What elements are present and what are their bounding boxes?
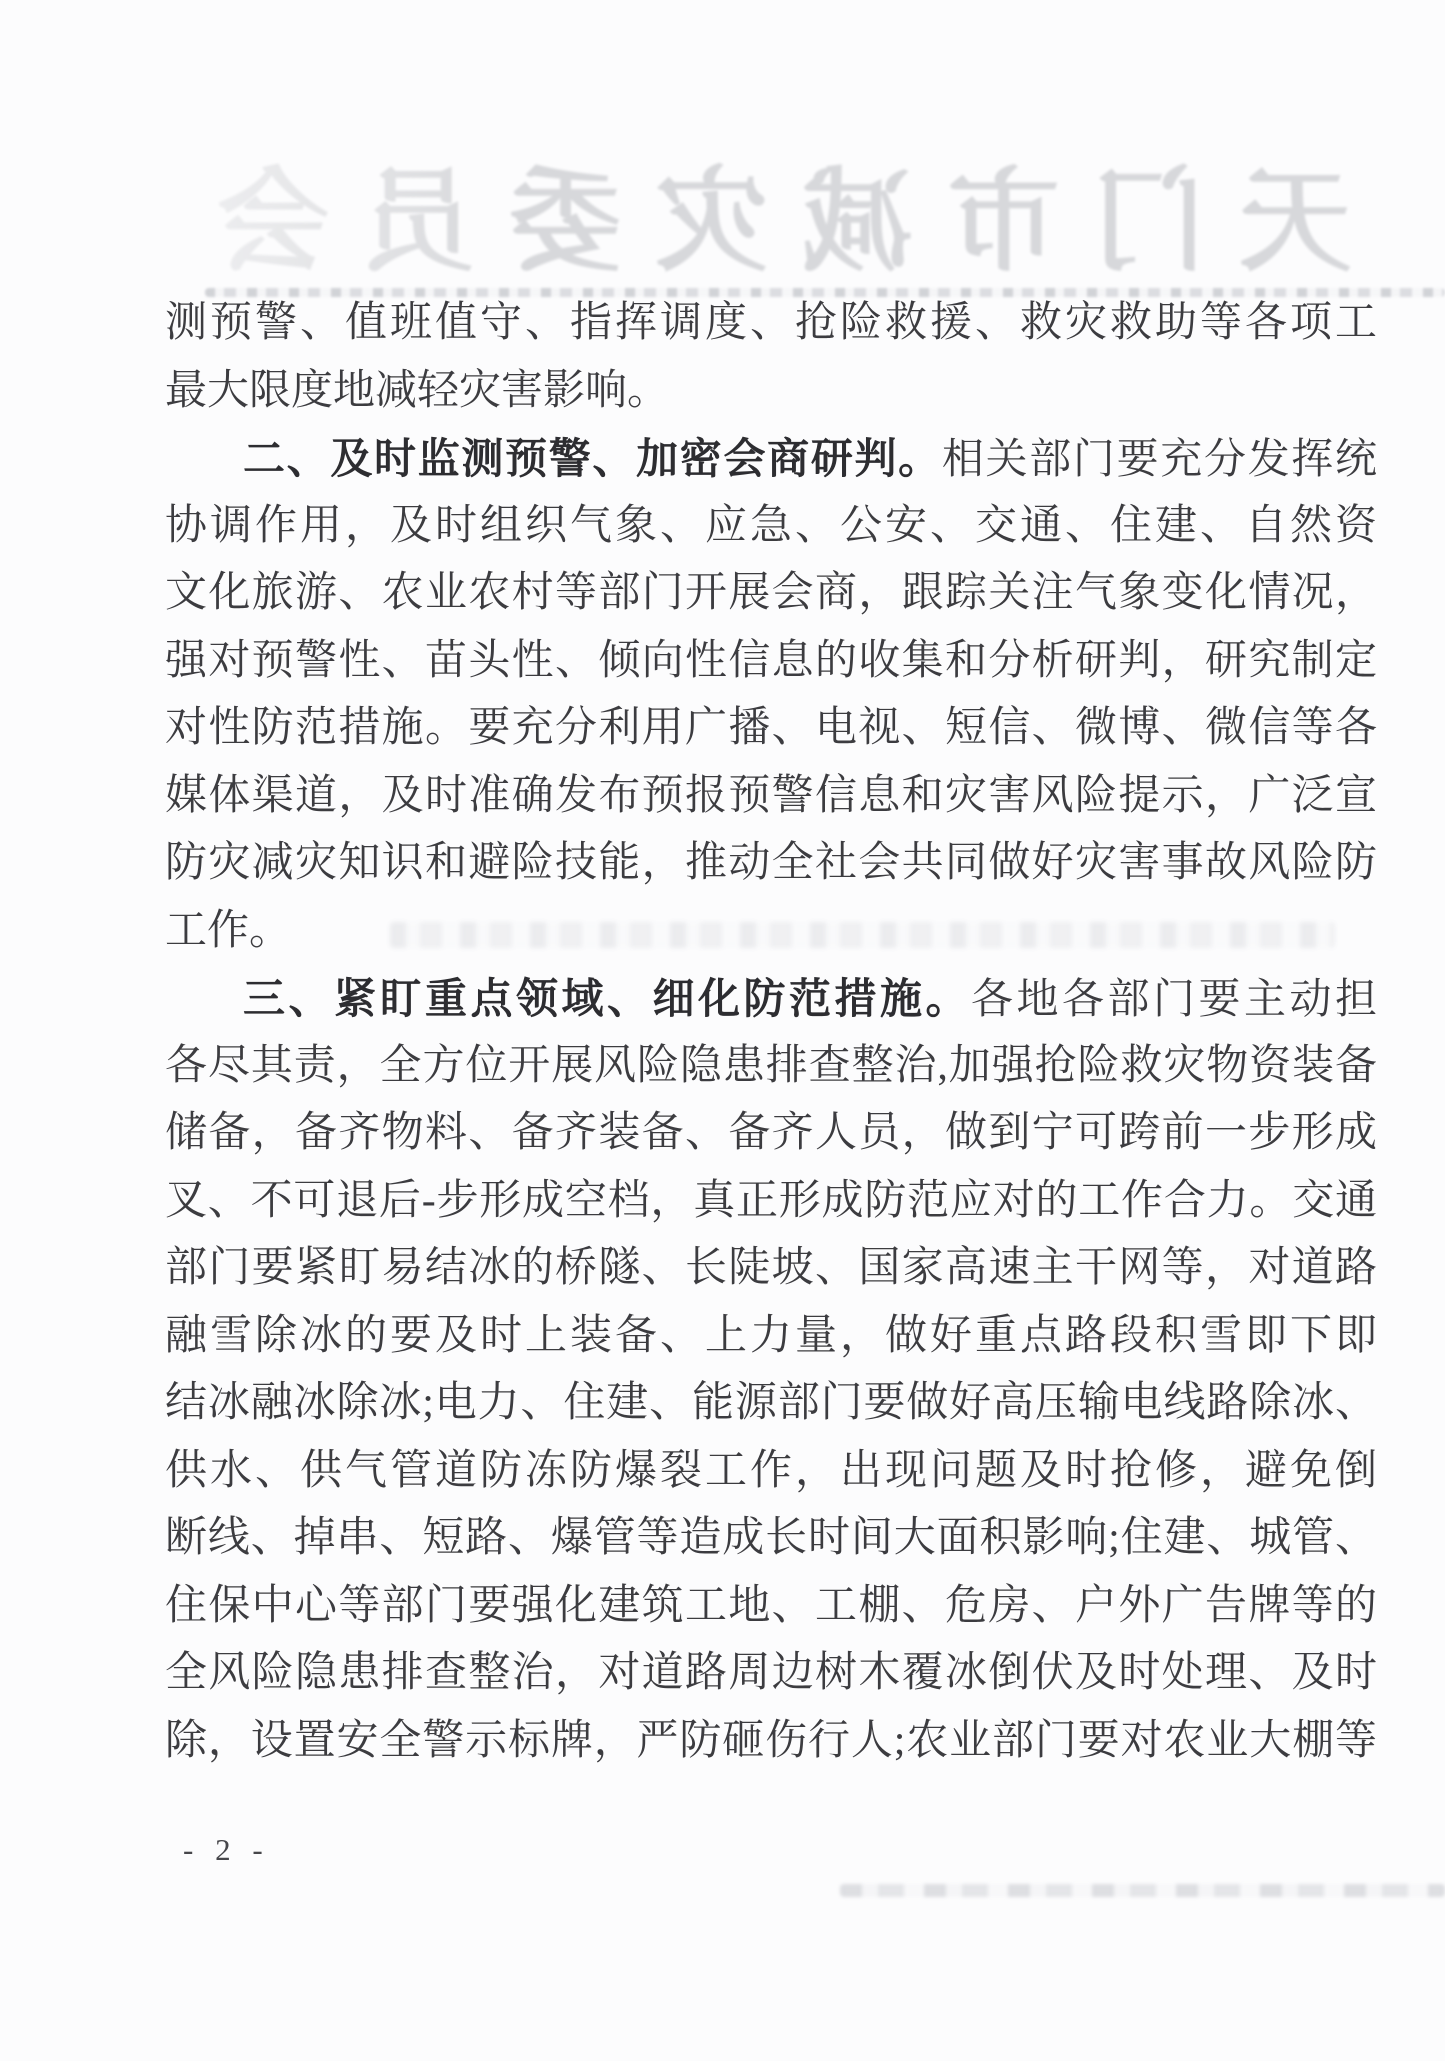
text-line: 供水、供气管道防冻防爆裂工作，出现问题及时抢修，避免倒塌、: [165, 1438, 1377, 1506]
line-regular-segment: 最大限度地减轻灾害影响。: [165, 368, 669, 414]
line-regular-segment: 部门要紧盯易结冰的桥隧、长陡坡、国家高速主干网等，对道路该: [165, 1245, 1377, 1303]
text-line: 对性防范措施。要充分利用广播、电视、短信、微博、微信等各种: [165, 695, 1377, 763]
text-line: 储备，备齐物料、备齐装备、备齐人员，做到宁可跨前一步形成交: [165, 1100, 1377, 1168]
text-line: 融雪除冰的要及时上装备、上力量，做好重点路段积雪即下即铲、: [165, 1303, 1377, 1371]
text-line: 媒体渠道，及时准确发布预报预警信息和灾害风险提示，广泛宣传: [165, 763, 1377, 831]
text-line: 全风险隐患排查整治，对道路周边树木覆冰倒伏及时处理、及时清: [165, 1640, 1377, 1708]
line-regular-segment: 强对预警性、苗头性、倾向性信息的收集和分析研判，研究制定针: [165, 638, 1377, 696]
line-regular-segment: 融雪除冰的要及时上装备、上力量，做好重点路段积雪即下即铲、: [165, 1313, 1377, 1371]
line-bold-segment: 三、紧盯重点领域、细化防范措施。: [243, 975, 971, 1022]
bleed-through-header: 天门市减灾委员会: [160, 148, 1375, 298]
line-regular-segment: 协调作用，及时组织气象、应急、公安、交通、住建、自然资源、: [165, 503, 1377, 561]
line-regular-segment: 对性防范措施。要充分利用广播、电视、短信、微博、微信等各种: [165, 705, 1377, 763]
line-regular-segment: 断线、掉串、短路、爆管等造成长时间大面积影响;住建、城管、: [165, 1515, 1377, 1561]
line-regular-segment: 防灾减灾知识和避险技能，推动全社会共同做好灾害事故风险防范: [165, 840, 1377, 898]
text-line: 二、及时监测预警、加密会商研判。相关部门要充分发挥统筹: [165, 425, 1377, 493]
line-regular-segment: 测预警、值班值守、指挥调度、抢险救援、救灾救助等各项工作，: [165, 300, 1377, 358]
text-line: 测预警、值班值守、指挥调度、抢险救援、救灾救助等各项工作，: [165, 290, 1377, 358]
text-line: 除，设置安全警示标牌，严防砸伤行人;农业部门要对农业大棚等: [165, 1708, 1377, 1776]
text-line: 各尽其责，全方位开展风险隐患排查整治,加强抢险救灾物资装备: [165, 1033, 1377, 1101]
text-line: 结冰融冰除冰;电力、住建、能源部门要做好高压输电线路除冰、: [165, 1370, 1377, 1438]
line-regular-segment: 住保中心等部门要强化建筑工地、工棚、危房、户外广告牌等的安: [165, 1583, 1377, 1641]
text-line: 断线、掉串、短路、爆管等造成长时间大面积影响;住建、城管、: [165, 1505, 1377, 1573]
line-regular-segment: 工作。: [165, 908, 291, 954]
line-regular-segment: 除，设置安全警示标牌，严防砸伤行人;农业部门要对农业大棚等: [165, 1718, 1377, 1764]
text-line: 工作。: [165, 898, 1377, 966]
scan-smudge-bottom: [840, 1884, 1445, 1897]
line-regular-segment: 储备，备齐物料、备齐装备、备齐人员，做到宁可跨前一步形成交: [165, 1110, 1377, 1168]
text-line: 最大限度地减轻灾害影响。: [165, 358, 1377, 426]
line-bold-segment: 二、及时监测预警、加密会商研判。: [243, 435, 942, 482]
page-number: - 2 -: [183, 1830, 270, 1870]
text-line: 部门要紧盯易结冰的桥隧、长陡坡、国家高速主干网等，对道路该: [165, 1235, 1377, 1303]
text-line: 协调作用，及时组织气象、应急、公安、交通、住建、自然资源、: [165, 493, 1377, 561]
text-line: 叉、不可退后-步形成空档，真正形成防范应对的工作合力。交通: [165, 1168, 1377, 1236]
text-line: 文化旅游、农业农村等部门开展会商，跟踪关注气象变化情况，加: [165, 560, 1377, 628]
line-regular-segment: 各尽其责，全方位开展风险隐患排查整治,加强抢险救灾物资装备: [165, 1043, 1377, 1089]
line-regular-segment: 供水、供气管道防冻防爆裂工作，出现问题及时抢修，避免倒塌、: [165, 1448, 1377, 1506]
line-regular-segment: 叉、不可退后-步形成空档，真正形成防范应对的工作合力。交通: [165, 1178, 1377, 1224]
text-line: 三、紧盯重点领域、细化防范措施。各地各部门要主动担当、: [165, 965, 1377, 1033]
text-line: 住保中心等部门要强化建筑工地、工棚、危房、户外广告牌等的安: [165, 1573, 1377, 1641]
line-regular-segment: 媒体渠道，及时准确发布预报预警信息和灾害风险提示，广泛宣传: [165, 773, 1377, 831]
document-page: 天门市减灾委员会 测预警、值班值守、指挥调度、抢险救援、救灾救助等各项工作，最大…: [0, 0, 1445, 2061]
line-regular-segment: 文化旅游、农业农村等部门开展会商，跟踪关注气象变化情况，加: [165, 570, 1377, 628]
body-text: 测预警、值班值守、指挥调度、抢险救援、救灾救助等各项工作，最大限度地减轻灾害影响…: [165, 290, 1377, 1775]
text-line: 强对预警性、苗头性、倾向性信息的收集和分析研判，研究制定针: [165, 628, 1377, 696]
text-line: 防灾减灾知识和避险技能，推动全社会共同做好灾害事故风险防范: [165, 830, 1377, 898]
line-regular-segment: 结冰融冰除冰;电力、住建、能源部门要做好高压输电线路除冰、: [165, 1380, 1377, 1426]
line-regular-segment: 全风险隐患排查整治，对道路周边树木覆冰倒伏及时处理、及时清: [165, 1650, 1377, 1708]
